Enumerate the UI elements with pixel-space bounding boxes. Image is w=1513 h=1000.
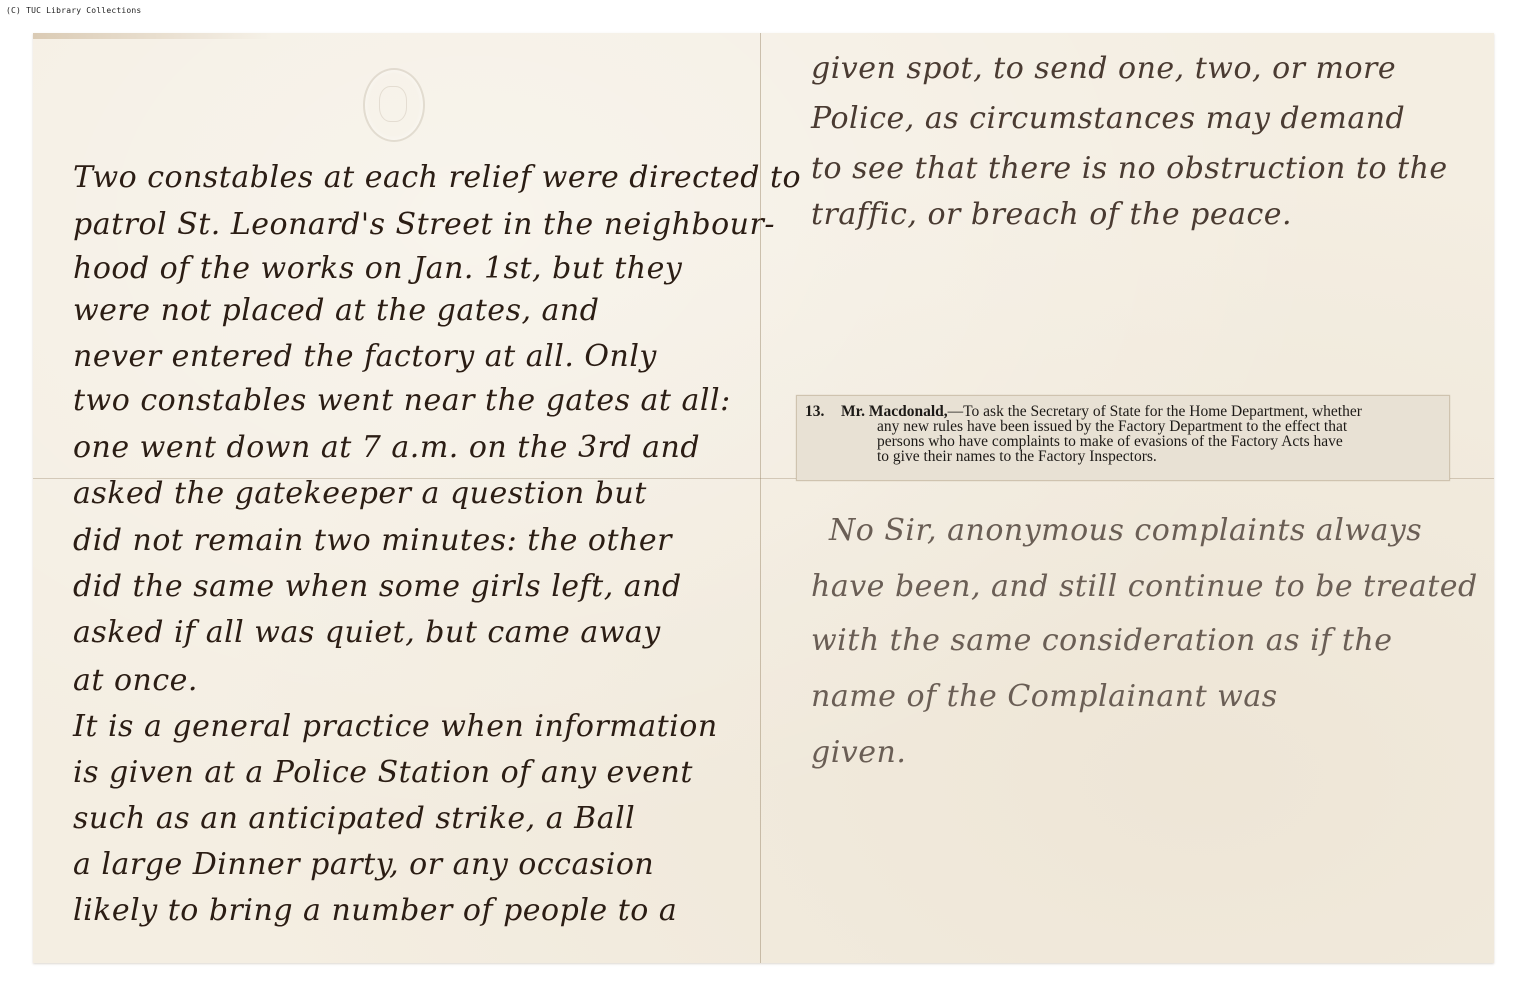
handwritten-line: Police, as circumstances may demand bbox=[811, 101, 1405, 136]
answer-line: No Sir, anonymous complaints always bbox=[829, 513, 1422, 548]
letter-sheet: Two constables at each relief were direc… bbox=[33, 33, 1494, 963]
handwritten-line: one went down at 7 a.m. on the 3rd and bbox=[73, 430, 700, 465]
question-number: 13. bbox=[805, 404, 824, 419]
handwritten-line: two constables went near the gates at al… bbox=[73, 383, 731, 418]
handwritten-line: is given at a Police Station of any even… bbox=[73, 755, 693, 790]
handwritten-line: did not remain two minutes: the other bbox=[73, 523, 672, 558]
left-page: Two constables at each relief were direc… bbox=[33, 33, 760, 963]
copyright-watermark: (C) TUC Library Collections bbox=[6, 6, 141, 15]
handwritten-line: hood of the works on Jan. 1st, but they bbox=[73, 251, 682, 286]
handwritten-line: given spot, to send one, two, or more bbox=[811, 51, 1396, 86]
handwritten-line: such as an anticipated strike, a Ball bbox=[73, 801, 635, 836]
handwritten-line: to see that there is no obstruction to t… bbox=[811, 151, 1448, 186]
handwritten-line: traffic, or breach of the peace. bbox=[811, 197, 1292, 232]
handwritten-line: never entered the factory at all. Only bbox=[73, 339, 657, 374]
handwritten-line: Two constables at each relief were direc… bbox=[73, 160, 801, 195]
answer-line: given. bbox=[811, 735, 906, 770]
answer-line: name of the Complainant was bbox=[811, 679, 1278, 714]
handwritten-line: patrol St. Leonard's Street in the neigh… bbox=[73, 207, 775, 242]
parliamentary-question-clipping: 13. Mr. Macdonald,—To ask the Secretary … bbox=[796, 395, 1450, 481]
handwritten-line: likely to bring a number of people to a bbox=[73, 893, 677, 928]
handwritten-line: asked the gatekeeper a question but bbox=[73, 476, 647, 511]
clipping-first-line: Mr. Macdonald,—To ask the Secretary of S… bbox=[841, 404, 1362, 419]
clipping-text: persons who have complaints to make of e… bbox=[877, 434, 1343, 449]
answer-line: have been, and still continue to be trea… bbox=[811, 569, 1478, 604]
handwritten-line: were not placed at the gates, and bbox=[73, 293, 599, 328]
handwritten-line: a large Dinner party, or any occasion bbox=[73, 847, 654, 882]
handwritten-line: did the same when some girls left, and bbox=[73, 569, 682, 604]
handwritten-line: at once. bbox=[73, 663, 198, 698]
handwritten-line: It is a general practice when informatio… bbox=[73, 709, 718, 744]
right-page: given spot, to send one, two, or more Po… bbox=[761, 33, 1494, 963]
answer-line: with the same consideration as if the bbox=[811, 623, 1392, 658]
handwritten-line: asked if all was quiet, but came away bbox=[73, 615, 661, 650]
embossed-seal-icon bbox=[363, 68, 425, 142]
clipping-text: to give their names to the Factory Inspe… bbox=[877, 449, 1157, 464]
clipping-text: any new rules have been issued by the Fa… bbox=[877, 419, 1347, 434]
